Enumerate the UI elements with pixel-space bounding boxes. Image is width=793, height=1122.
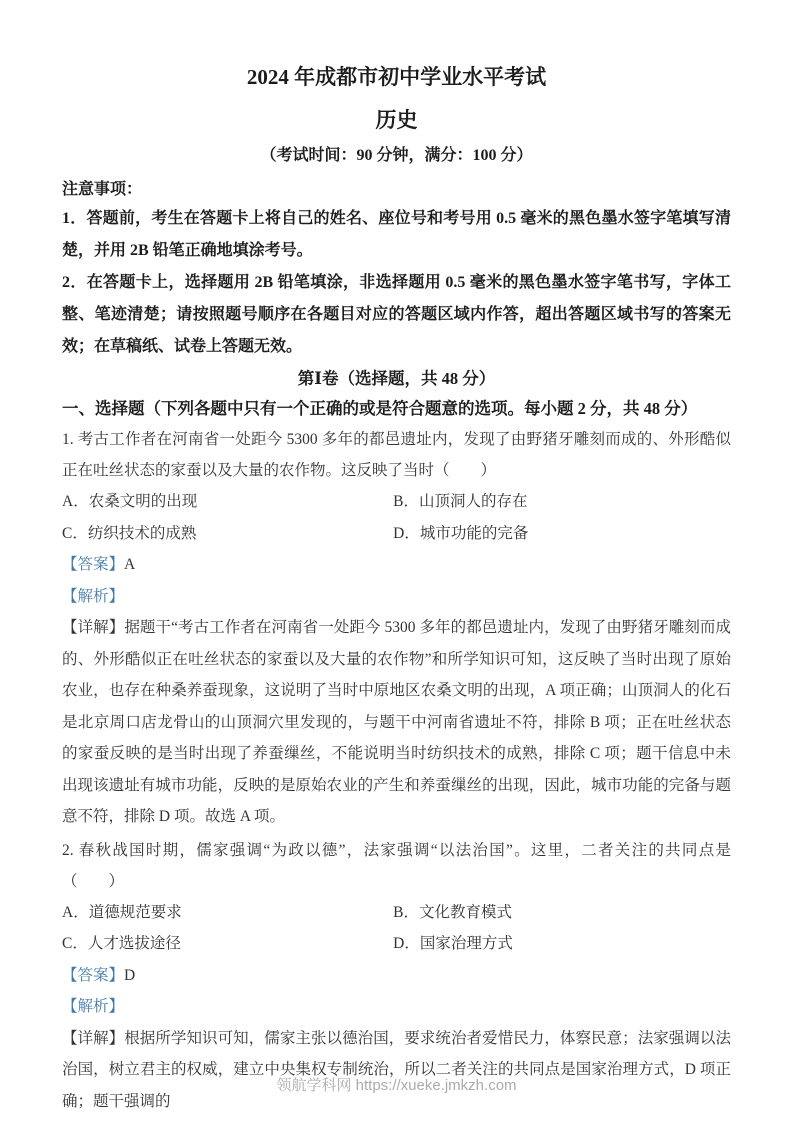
option-d: D．城市功能的完备 bbox=[393, 518, 731, 550]
detail-label: 【详解】 bbox=[62, 1030, 124, 1047]
option-b: B．山顶洞人的存在 bbox=[393, 486, 731, 518]
detail-paragraph: 【详解】据题干“考古工作者在河南省一处距今 5300 多年的都邑遗址内，发现了由… bbox=[62, 612, 731, 833]
notice-heading: 注意事项： bbox=[62, 177, 731, 203]
answer-label: 【答案】 bbox=[62, 556, 124, 573]
detail-label: 【详解】 bbox=[62, 619, 124, 636]
answer-row: 【答案】D bbox=[62, 960, 731, 992]
detail-paragraph: 【详解】根据所学知识可知，儒家主张以德治国，要求统治者爱惜民力，体察民意；法家强… bbox=[62, 1023, 731, 1118]
options-grid: A．农桑文明的出现 B．山顶洞人的存在 C．纺织技术的成熟 D．城市功能的完备 bbox=[62, 486, 731, 549]
doc-title: 2024 年成都市初中学业水平考试 bbox=[62, 62, 731, 92]
analysis-label: 【解析】 bbox=[62, 998, 124, 1015]
option-a: A．农桑文明的出现 bbox=[62, 486, 393, 518]
doc-subject-title: 历史 bbox=[62, 105, 731, 135]
question-block-1: 1. 考古工作者在河南省一处距今 5300 多年的都邑遗址内，发现了由野猪牙雕刻… bbox=[62, 424, 731, 833]
options-grid: A．道德规范要求 B．文化教育模式 C．人才选拔途径 D．国家治理方式 bbox=[62, 897, 731, 960]
option-a: A．道德规范要求 bbox=[62, 897, 393, 929]
analysis-label: 【解析】 bbox=[62, 588, 124, 605]
question-stem: 1. 考古工作者在河南省一处距今 5300 多年的都邑遗址内，发现了由野猪牙雕刻… bbox=[62, 424, 731, 486]
option-d: D．国家治理方式 bbox=[393, 928, 731, 960]
part-heading: 一、选择题（下列各题中只有一个正确的或是符合题意的选项。每小题 2 分，共 48… bbox=[62, 395, 731, 422]
question-stem: 2. 春秋战国时期，儒家强调“为政以德”，法家强调“以法治国”。这里，二者关注的… bbox=[62, 835, 731, 897]
detail-text: 据题干“考古工作者在河南省一处距今 5300 多年的都邑遗址内，发现了由野猪牙雕… bbox=[62, 619, 731, 825]
analysis-row: 【解析】 bbox=[62, 991, 731, 1023]
answer-value: D bbox=[124, 967, 135, 984]
analysis-row: 【解析】 bbox=[62, 581, 731, 613]
answer-value: A bbox=[124, 556, 135, 573]
notice-item-1: 1．答题前，考生在答题卡上将自己的姓名、座位号和考号用 0.5 毫米的黑色墨水签… bbox=[62, 203, 731, 267]
option-b: B．文化教育模式 bbox=[393, 897, 731, 929]
answer-label: 【答案】 bbox=[62, 967, 124, 984]
answer-row: 【答案】A bbox=[62, 549, 731, 581]
option-c: C．纺织技术的成熟 bbox=[62, 518, 393, 550]
section-heading: 第Ⅰ卷（选择题，共 48 分） bbox=[62, 365, 731, 392]
notice-item-2: 2．在答题卡上，选择题用 2B 铅笔填涂，非选择题用 0.5 毫米的黑色墨水签字… bbox=[62, 267, 731, 363]
question-block-2: 2. 春秋战国时期，儒家强调“为政以德”，法家强调“以法治国”。这里，二者关注的… bbox=[62, 835, 731, 1118]
footer-watermark: 领航学科网 https://xueke.jmkzh.com bbox=[0, 1076, 793, 1096]
exam-document-page: 2024 年成都市初中学业水平考试 历史 （考试时间：90 分钟，满分：100 … bbox=[0, 0, 793, 1122]
detail-text: 根据所学知识可知，儒家主张以德治国，要求统治者爱惜民力，体察民意；法家强调以法治… bbox=[62, 1030, 731, 1110]
exam-info-line: （考试时间：90 分钟，满分：100 分） bbox=[62, 144, 731, 168]
option-c: C．人才选拔途径 bbox=[62, 928, 393, 960]
